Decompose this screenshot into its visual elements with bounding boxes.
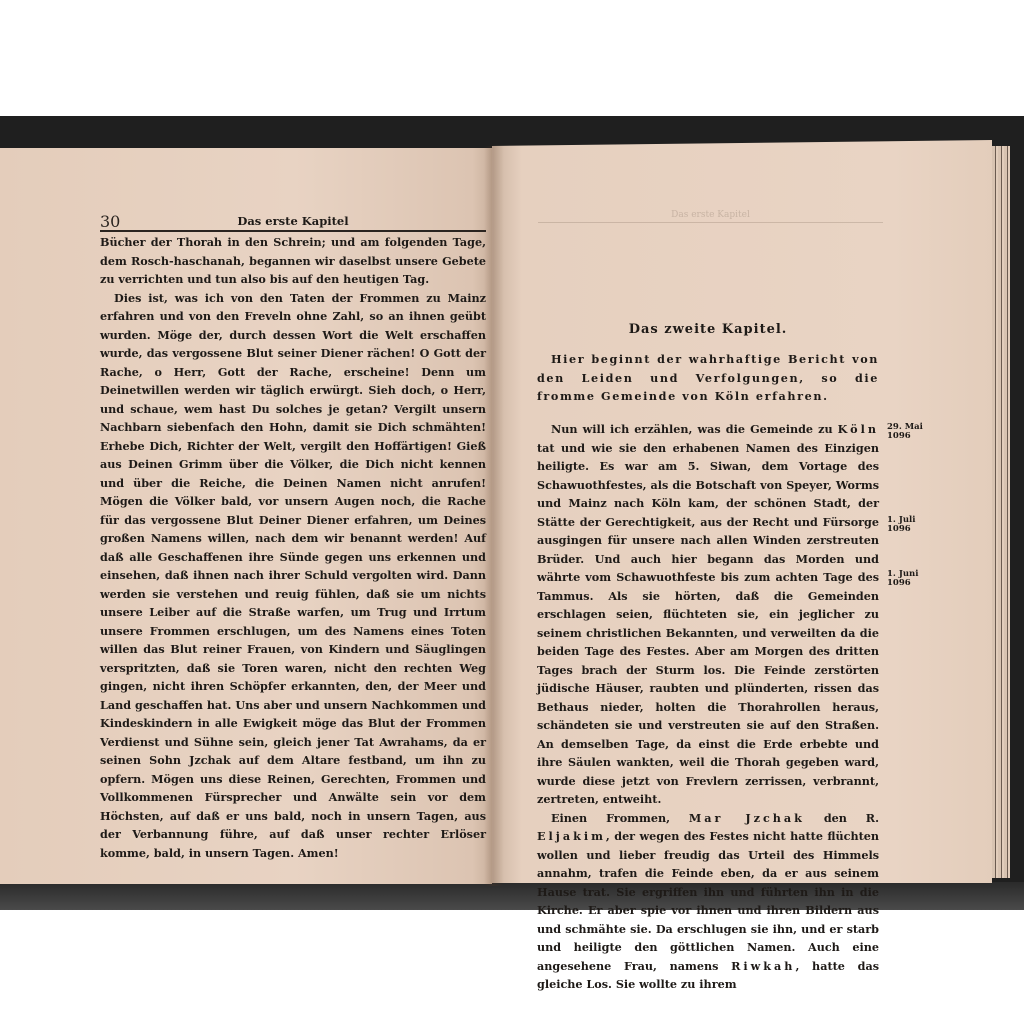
text-run: , der wegen des Festes nicht hatte flüch… <box>537 829 879 973</box>
spaced-name: Riwkah <box>731 959 795 973</box>
left-page-body: Bücher der Thorah in den Schrein; und am… <box>100 233 486 862</box>
text-run: tat und wie sie den erhabenen Namen des … <box>537 441 879 807</box>
right-page-body: Nun will ich erzählen, was die Gemeinde … <box>537 420 879 994</box>
page-stack-edges <box>992 146 1010 878</box>
margin-note-date: 1. Juli 1096 <box>887 516 927 534</box>
spaced-name: Eljakim <box>537 829 606 843</box>
margin-note-date: 29. Mai 1096 <box>887 423 927 441</box>
spaced-name: Köln <box>838 422 879 436</box>
margin-note-date: 1. Juni 1096 <box>887 570 927 588</box>
running-head-title: Das erste Kapitel <box>100 214 486 228</box>
book-gutter <box>484 146 504 886</box>
bleed-through-running-head: Das erste Kapitel <box>538 210 883 223</box>
text-run: Nun will ich erzählen, was die Gemeinde … <box>551 422 838 436</box>
paragraph: Einen Frommen, Mar Jzchak den R. Eljakim… <box>537 809 879 994</box>
margin-note-line: 1096 <box>887 432 927 441</box>
text-run: den R. <box>805 811 879 825</box>
margin-note-line: 1096 <box>887 579 927 588</box>
margin-note-line: 1096 <box>887 525 927 534</box>
paragraph: Bücher der Thorah in den Schrein; und am… <box>100 233 486 289</box>
running-head: 30 Das erste Kapitel <box>100 212 486 232</box>
chapter-title: Das zweite Kapitel. <box>537 322 879 337</box>
spaced-name: Mar Jzchak <box>689 811 805 825</box>
chapter-intro: Hier beginnt der wahrhaftige Bericht von… <box>537 350 879 406</box>
paragraph: Dies ist, was ich von den Taten der From… <box>100 289 486 863</box>
text-run: Einen Frommen, <box>551 811 689 825</box>
paragraph: Nun will ich erzählen, was die Gemeinde … <box>537 420 879 809</box>
